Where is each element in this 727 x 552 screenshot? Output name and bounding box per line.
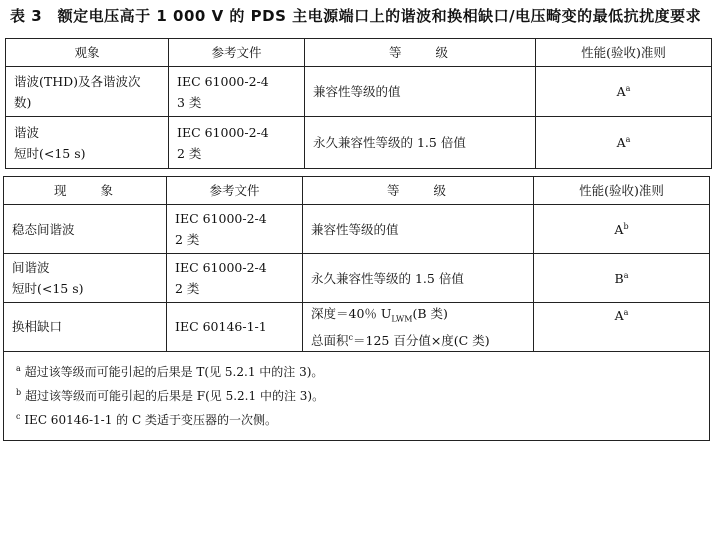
level-cell: 兼容性等级的值 bbox=[305, 67, 536, 117]
header-row: 现 象 参考文件 等 级 性能(验收)准则 bbox=[4, 177, 710, 205]
header-phenomenon: 观象 bbox=[6, 39, 169, 67]
phenomenon-cell: 换相缺口 bbox=[4, 303, 167, 352]
criterion-cell: Aa bbox=[536, 67, 712, 117]
footnotes-cell: a 超过该等级而可能引起的后果是 T(见 5.2.1 中的注 3)。 b 超过该… bbox=[4, 351, 710, 440]
header-reference: 参考文件 bbox=[169, 39, 305, 67]
footnote-mark: a bbox=[624, 270, 629, 279]
table-row: 换相缺口 IEC 60146-1-1 深度＝40％ ULWM(B 类) 总面积c… bbox=[4, 303, 710, 352]
phenomenon-cell: 谐波 短时(<15 s) bbox=[6, 117, 169, 169]
table-row: 谐波 短时(<15 s) IEC 61000-2-4 2 类 永久兼容性等级的 … bbox=[6, 117, 712, 169]
header-reference: 参考文件 bbox=[167, 177, 303, 205]
criterion-cell: Aa bbox=[534, 303, 710, 352]
phenomenon-cell: 稳态间谐波 bbox=[4, 205, 167, 254]
footnote-c: c IEC 60146-1-1 的 C 类适于变压器的一次侧。 bbox=[16, 408, 697, 432]
notes-row: a 超过该等级而可能引起的后果是 T(见 5.2.1 中的注 3)。 b 超过该… bbox=[4, 351, 710, 440]
header-phenomenon: 现 象 bbox=[4, 177, 167, 205]
header-level: 等 级 bbox=[305, 39, 536, 67]
criterion-cell: Ba bbox=[534, 254, 710, 303]
level-cell: 深度＝40％ ULWM(B 类) 总面积c＝125 百分值×度(C 类) bbox=[303, 303, 534, 352]
immunity-table-part2: 现 象 参考文件 等 级 性能(验收)准则 稳态间谐波 IEC 61000-2-… bbox=[3, 176, 710, 441]
footnote-mark: a bbox=[626, 135, 631, 144]
immunity-table-part1: 观象 参考文件 等 级 性能(验收)准则 谐波(THD)及各谐波次 数) IEC… bbox=[5, 38, 712, 169]
header-criterion: 性能(验收)准则 bbox=[534, 177, 710, 205]
table-row: 谐波(THD)及各谐波次 数) IEC 61000-2-4 3 类 兼容性等级的… bbox=[6, 67, 712, 117]
table-row: 间谐波 短时(<15 s) IEC 61000-2-4 2 类 永久兼容性等级的… bbox=[4, 254, 710, 303]
header-row: 观象 参考文件 等 级 性能(验收)准则 bbox=[6, 39, 712, 67]
table-row: 稳态间谐波 IEC 61000-2-4 2 类 兼容性等级的值 Ab bbox=[4, 205, 710, 254]
phenomenon-cell: 谐波(THD)及各谐波次 数) bbox=[6, 67, 169, 117]
reference-cell: IEC 61000-2-4 2 类 bbox=[167, 254, 303, 303]
reference-cell: IEC 60146-1-1 bbox=[167, 303, 303, 352]
footnote-mark: a bbox=[624, 308, 629, 317]
header-criterion: 性能(验收)准则 bbox=[536, 39, 712, 67]
level-cell: 永久兼容性等级的 1.5 倍值 bbox=[305, 117, 536, 169]
footnote-a: a 超过该等级而可能引起的后果是 T(见 5.2.1 中的注 3)。 bbox=[16, 360, 697, 384]
level-cell: 永久兼容性等级的 1.5 倍值 bbox=[303, 254, 534, 303]
footnote-mark: b bbox=[623, 221, 628, 230]
criterion-cell: Aa bbox=[536, 117, 712, 169]
header-level: 等 级 bbox=[303, 177, 534, 205]
table-title: 表 3 额定电压高于 1 000 V 的 PDS 主电源端口上的谐波和换相缺口/… bbox=[10, 5, 701, 26]
phenomenon-cell: 间谐波 短时(<15 s) bbox=[4, 254, 167, 303]
reference-cell: IEC 61000-2-4 2 类 bbox=[167, 205, 303, 254]
reference-cell: IEC 61000-2-4 3 类 bbox=[169, 67, 305, 117]
level-cell: 兼容性等级的值 bbox=[303, 205, 534, 254]
criterion-cell: Ab bbox=[534, 205, 710, 254]
reference-cell: IEC 61000-2-4 2 类 bbox=[169, 117, 305, 169]
footnote-mark: a bbox=[626, 84, 631, 93]
footnote-b: b 超过该等级而可能引起的后果是 F(见 5.2.1 中的注 3)。 bbox=[16, 384, 697, 408]
